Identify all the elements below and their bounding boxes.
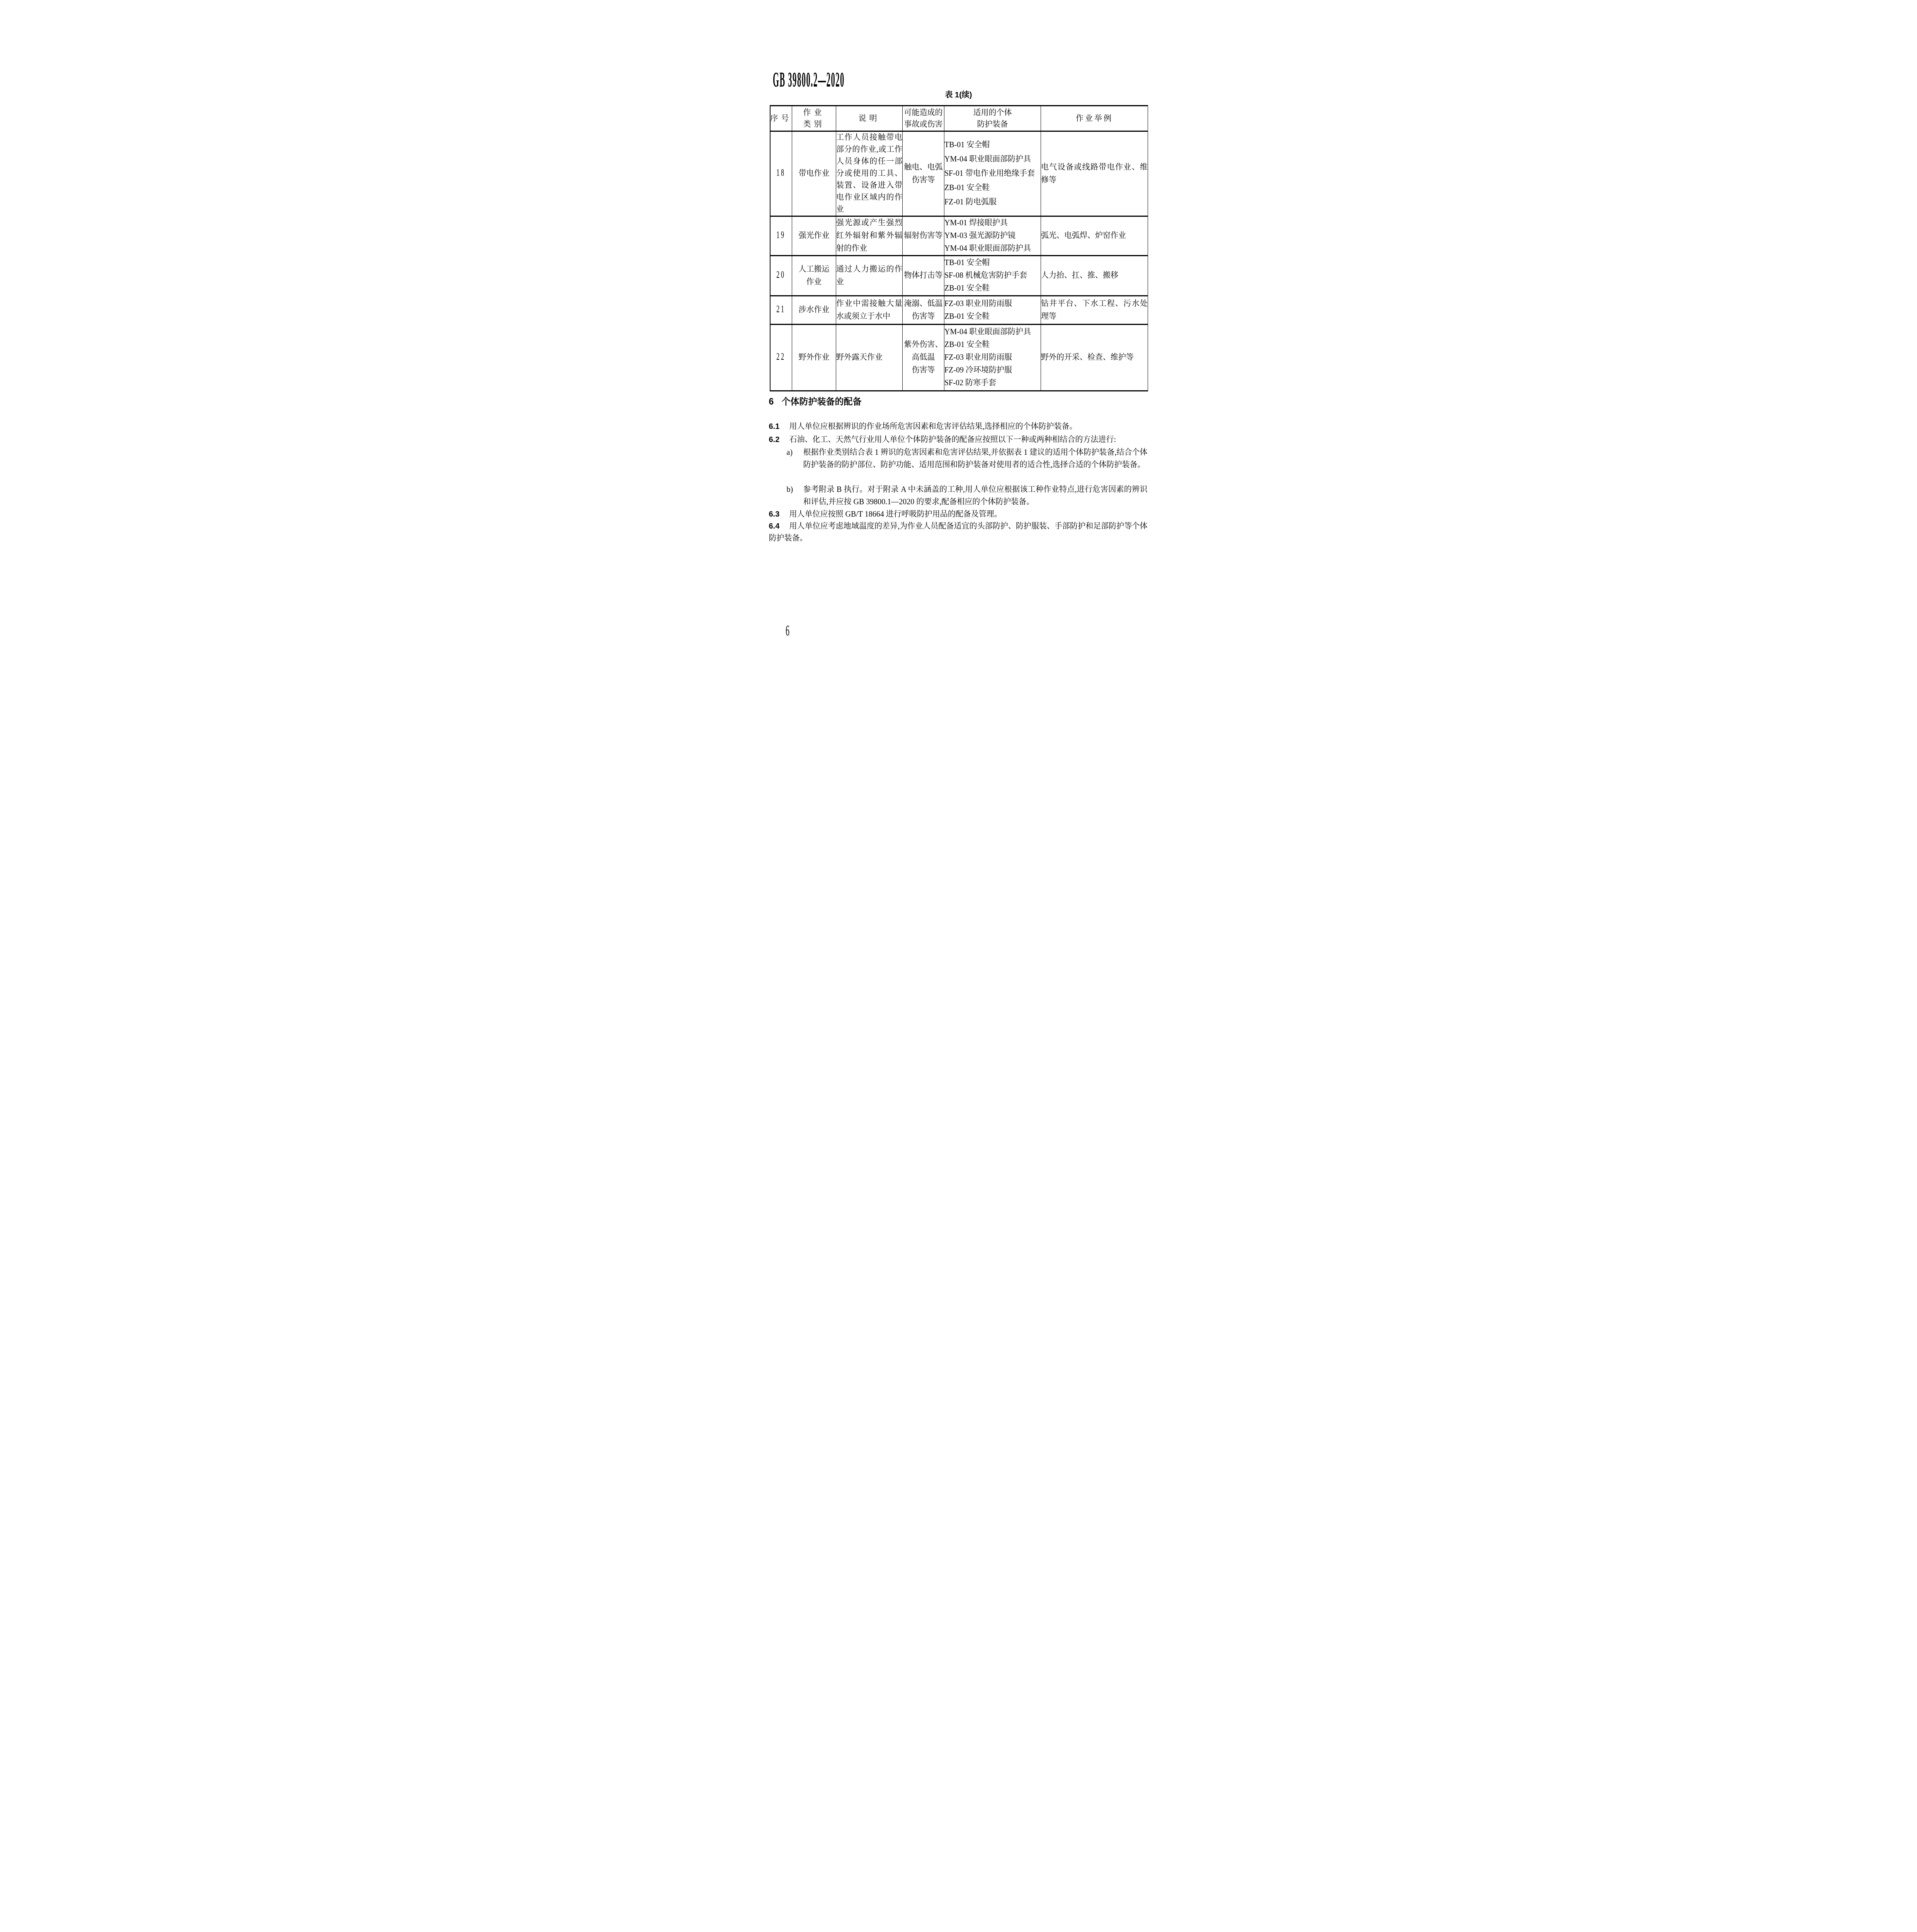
cell-examples: 电气设备或线路带电作业、维修等 [1041, 131, 1148, 216]
table-title: 表 1(续) [770, 90, 1148, 100]
table-row-21: 21 涉水作业 作业中需接触大量水或须立于水中 淹溺、低温 伤害等 FZ-03 … [770, 296, 1148, 325]
cell-ppe: TB-01 安全帽 YM-04 职业眼面部防护具 SF-01 带电作业用绝缘手套… [944, 131, 1041, 216]
clause-text: 用人单位应按照 GB/T 18664 进行呼吸防护用品的配备及管理。 [789, 510, 1002, 519]
cell-hazards: 触电、电弧 伤害等 [903, 131, 944, 216]
cell-examples: 弧光、电弧焊、炉窑作业 [1041, 216, 1148, 256]
standard-number: GB 39800.2—2020 [773, 69, 962, 90]
table-row-22: 22 野外作业 野外露天作业 紫外伤害、 高低温 伤害等 YM-04 职业眼面部… [770, 325, 1148, 391]
cell-description: 野外露天作业 [836, 325, 903, 391]
section-6-heading: 6个体防护装备的配备 [769, 396, 862, 406]
clause-number: 6.2 [769, 434, 789, 446]
cell-ppe: TB-01 安全帽 SF-08 机械危害防护手套 ZB-01 安全鞋 [944, 256, 1041, 296]
list-item-text: 参考附录 B 执行。对于附录 A 中未涵盖的工种,用人单位应根据该工种作业特点,… [803, 485, 1148, 506]
cell-description: 工作人员接触带电部分的作业,或工作人员身体的任一部分或使用的工具、装置、设备进入… [836, 131, 903, 216]
cell-hazards: 辐射伤害等 [903, 216, 944, 256]
page-number-text: 6 [786, 623, 789, 638]
col-header-category: 作业 类别 [792, 106, 836, 131]
cell-category: 强光作业 [792, 216, 836, 256]
cell-ppe: YM-01 焊接眼护具 YM-03 强光源防护镜 YM-04 职业眼面部防护具 [944, 216, 1041, 256]
cell-no: 21 [770, 296, 792, 325]
standard-number-text: GB 39800.2—2020 [773, 69, 845, 90]
clause-6-2: 6.2石油、化工、天然气行业用人单位个体防护装备的配备应按照以下一种或两种相结合… [769, 434, 1148, 446]
cell-category: 涉水作业 [792, 296, 836, 325]
cell-description: 通过人力搬运的作业 [836, 256, 903, 296]
section-title: 个体防护装备的配备 [782, 396, 862, 406]
table-row-18: 18 带电作业 工作人员接触带电部分的作业,或工作人员身体的任一部分或使用的工具… [770, 131, 1148, 216]
clause-number: 6.3 [769, 508, 789, 520]
col-header-examples: 作业举例 [1041, 106, 1148, 131]
page-number: 6 [786, 623, 793, 638]
cell-ppe: YM-04 职业眼面部防护具 ZB-01 安全鞋 FZ-03 职业用防雨服 FZ… [944, 325, 1041, 391]
document-page: GB 39800.2—2020 表 1(续) 序号 作业 类别 说明 可能造成的… [719, 0, 1198, 678]
list-item-label: b) [787, 483, 793, 496]
cell-category: 人工搬运 作业 [792, 256, 836, 296]
list-item-a: a)根据作业类别结合表 1 辨识的危害因素和危害评估结果,并依据表 1 建议的适… [803, 446, 1148, 471]
ppe-table-continued: 序号 作业 类别 说明 可能造成的 事故或伤害 适用的个体 防护装备 作业举例 … [770, 105, 1148, 391]
clause-6-3: 6.3用人单位应按照 GB/T 18664 进行呼吸防护用品的配备及管理。 [769, 508, 1148, 520]
col-header-description: 说明 [836, 106, 903, 131]
cell-description: 强光源或产生强烈红外辐射和紫外辐射的作业 [836, 216, 903, 256]
section-number: 6 [769, 396, 782, 406]
list-item-b: b)参考附录 B 执行。对于附录 A 中未涵盖的工种,用人单位应根据该工种作业特… [803, 483, 1148, 508]
table-row-20: 20 人工搬运 作业 通过人力搬运的作业 物体打击等 TB-01 安全帽 SF-… [770, 256, 1148, 296]
cell-category: 带电作业 [792, 131, 836, 216]
cell-description: 作业中需接触大量水或须立于水中 [836, 296, 903, 325]
cell-examples: 人力抬、扛、推、搬移 [1041, 256, 1148, 296]
cell-no: 20 [770, 256, 792, 296]
clause-text: 用人单位应根据辨识的作业场所危害因素和危害评估结果,选择相应的个体防护装备。 [789, 422, 1077, 431]
cell-no: 22 [770, 325, 792, 391]
col-header-no: 序号 [770, 106, 792, 131]
col-header-hazards: 可能造成的 事故或伤害 [903, 106, 944, 131]
cell-ppe: FZ-03 职业用防雨服 ZB-01 安全鞋 [944, 296, 1041, 325]
cell-hazards: 淹溺、低温 伤害等 [903, 296, 944, 325]
clause-text: 石油、化工、天然气行业用人单位个体防护装备的配备应按照以下一种或两种相结合的方法… [789, 435, 1116, 444]
clause-text: 用人单位应考虑地域温度的差异,为作业人员配备适宜的头部防护、防护服装、手部防护和… [769, 522, 1148, 543]
clause-6-4: 6.4用人单位应考虑地域温度的差异,为作业人员配备适宜的头部防护、防护服装、手部… [769, 520, 1148, 544]
cell-examples: 钻井平台、下水工程、污水处理等 [1041, 296, 1148, 325]
list-item-label: a) [787, 446, 793, 459]
table-header-row: 序号 作业 类别 说明 可能造成的 事故或伤害 适用的个体 防护装备 作业举例 [770, 106, 1148, 131]
cell-category: 野外作业 [792, 325, 836, 391]
clause-number: 6.4 [769, 520, 789, 532]
list-item-text: 根据作业类别结合表 1 辨识的危害因素和危害评估结果,并依据表 1 建议的适用个… [803, 448, 1148, 469]
table-row-19: 19 强光作业 强光源或产生强烈红外辐射和紫外辐射的作业 辐射伤害等 YM-01… [770, 216, 1148, 256]
cell-hazards: 物体打击等 [903, 256, 944, 296]
col-header-ppe: 适用的个体 防护装备 [944, 106, 1041, 131]
cell-hazards: 紫外伤害、 高低温 伤害等 [903, 325, 944, 391]
clause-number: 6.1 [769, 420, 789, 433]
cell-no: 19 [770, 216, 792, 256]
cell-no: 18 [770, 131, 792, 216]
clause-6-1: 6.1用人单位应根据辨识的作业场所危害因素和危害评估结果,选择相应的个体防护装备… [769, 420, 1148, 433]
cell-examples: 野外的开采、检查、维护等 [1041, 325, 1148, 391]
